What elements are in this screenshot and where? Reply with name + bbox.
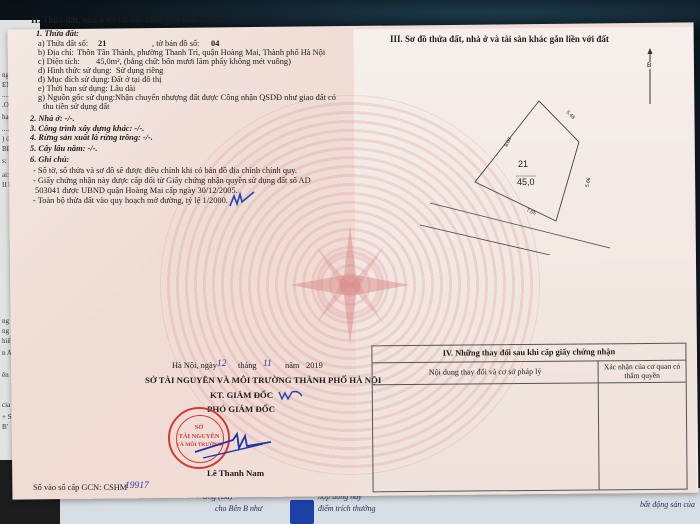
note-4: - Toàn bộ thửa đất vào quy hoạch mở đườn… [33, 197, 228, 205]
year: 2019 [306, 362, 323, 370]
month: 11 [263, 360, 272, 370]
column-change-content: Nội dung thay đổi và cơ sở pháp lý [373, 360, 598, 384]
origin-line-2: thu tiền sử dụng đất [43, 103, 109, 111]
parcel-label: 21 [518, 160, 528, 169]
notes-title: 6. Ghi chú: [30, 156, 69, 164]
parcel-sketch [380, 55, 690, 255]
month-label: tháng [238, 362, 257, 370]
section-ii-title: II. Thửa đất, nhà ở và tài sản khác gắn … [31, 16, 225, 25]
day: 12 [217, 360, 227, 370]
section-iii-title: III. Sơ đồ thửa đất, nhà ở và tài sản kh… [390, 35, 609, 44]
changes-table: IV. Những thay đổi sau khi cấp giấy chứn… [371, 343, 687, 493]
origin-line-1: Nhận chuyển nhượng đất được Công nhận QS… [115, 94, 336, 102]
production-forest: 4. Rừng sản xuất là rừng trồng: -/-. [30, 134, 153, 142]
initial-signature-icon [278, 388, 304, 402]
column-authority-confirmation: Xác nhận của cơ quan có thẩm quyền [599, 362, 686, 381]
signature-icon [193, 430, 273, 460]
perennial-trees: 5. Cây lâu năm: -/-. [30, 145, 97, 153]
note-1: - Số tờ, số thửa và sơ đồ sẽ được điều c… [33, 167, 297, 175]
house: 2. Nhà ở: -/-. [30, 115, 75, 123]
kt-director: KT. GIÁM ĐỐC [210, 391, 273, 400]
item-1-title: 1. Thửa đất: [36, 30, 79, 38]
certificate-content: II. Thửa đất, nhà ở và tài sản khác gắn … [0, 0, 700, 524]
note-3: 503041 được UBND quận Hoàng Mai cấp ngày… [35, 187, 238, 195]
parcel-area: 45,0 [517, 178, 535, 187]
registry-number: 19917 [125, 482, 149, 492]
issuing-authority: SỞ TÀI NGUYÊN VÀ MÔI TRƯỜNG THÀNH PHỐ HÀ… [145, 376, 381, 385]
changes-table-header: Nội dung thay đổi và cơ sở pháp lý Xác n… [373, 360, 686, 386]
registry-label: Số vào sổ cấp GCN: CSHM [33, 484, 127, 492]
place-date-prefix: Hà Nội, ngày [172, 362, 217, 370]
signer-name: Lê Thanh Nam [207, 469, 264, 478]
note-2: - Giấy chứng nhận này được cấp đổi từ Gi… [33, 177, 311, 185]
year-label: năm [285, 362, 299, 370]
initials-mark-icon [228, 190, 258, 210]
